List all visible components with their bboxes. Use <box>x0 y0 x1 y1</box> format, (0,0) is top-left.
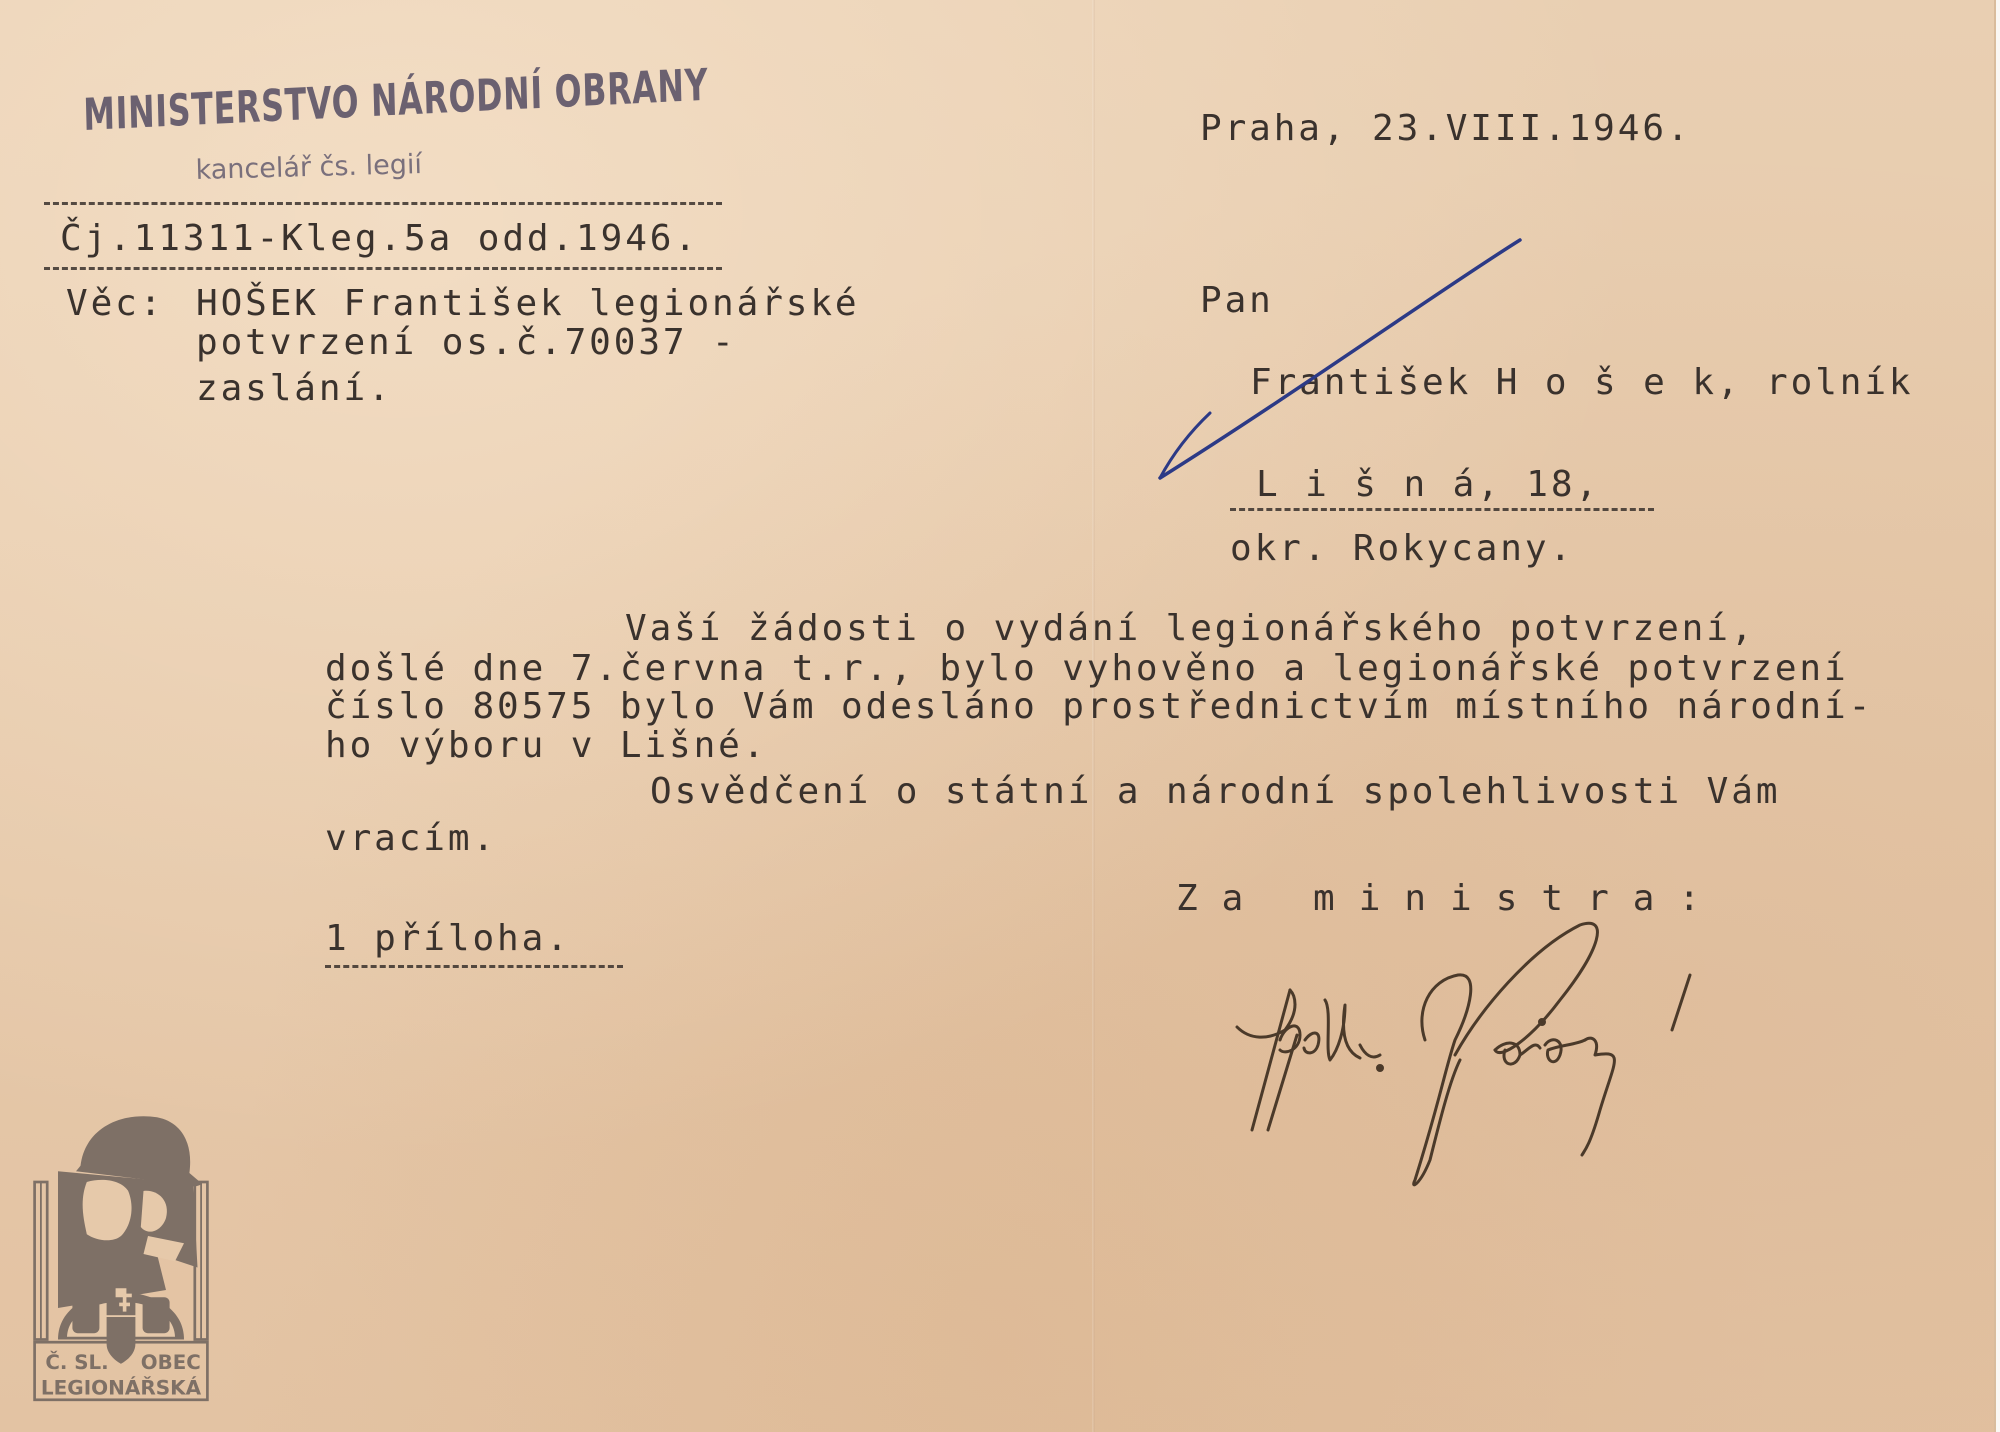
soldier-face <box>83 1180 132 1240</box>
handwriting-overlay <box>0 0 2000 1432</box>
shield-bottom <box>107 1317 136 1364</box>
signature <box>1237 923 1690 1185</box>
legion-logo: Č. SL. OBEC LEGIONÁŘSKÁ <box>22 1094 220 1414</box>
logo-text-left: Č. SL. <box>45 1350 108 1374</box>
shield-right <box>143 1297 170 1333</box>
shield-left <box>72 1297 99 1333</box>
logo-text-bottom: LEGIONÁŘSKÁ <box>41 1376 202 1399</box>
logo-text-right: OBEC <box>141 1351 201 1374</box>
shield-top <box>107 1283 136 1315</box>
blue-checkmark <box>1160 240 1520 478</box>
